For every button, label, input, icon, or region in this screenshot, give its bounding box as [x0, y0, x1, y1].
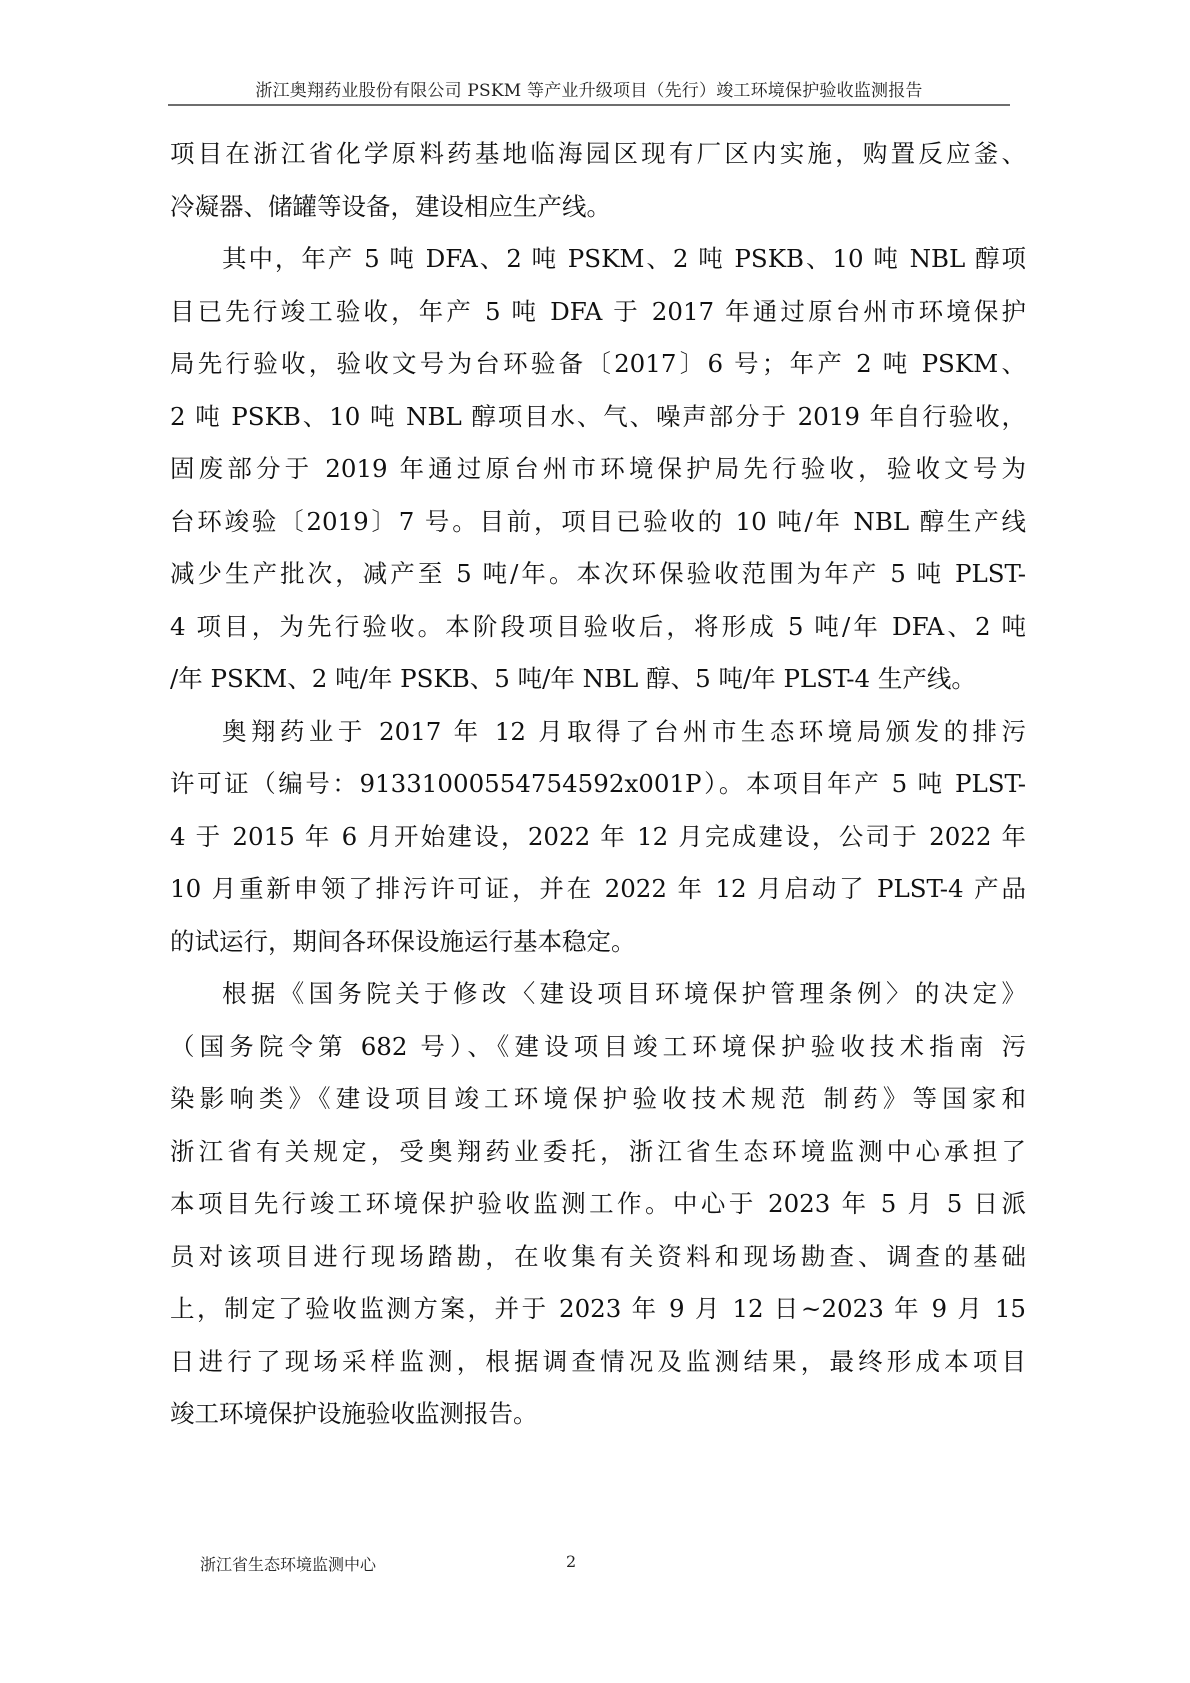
text-line: 冷凝器、储罐等设备，建设相应生产线。	[170, 181, 1026, 234]
paragraph: 其中，年产 5 吨 DFA、2 吨 PSKM、2 吨 PSKB、10 吨 NBL…	[170, 233, 1026, 706]
text-line: 许可证（编号：91331000554754592x001P）。本项目年产 5 吨…	[170, 758, 1026, 811]
text-line: 日进行了现场采样监测，根据调查情况及监测结果，最终形成本项目	[170, 1336, 1026, 1389]
text-line: 10 月重新申领了排污许可证，并在 2022 年 12 月启动了 PLST-4 …	[170, 863, 1026, 916]
text-line: 员对该项目进行现场踏勘，在收集有关资料和现场勘查、调查的基础	[170, 1231, 1026, 1284]
paragraph: 奥翔药业于 2017 年 12 月取得了台州市生态环境局颁发的排污 许可证（编号…	[170, 706, 1026, 969]
text-line: 4 于 2015 年 6 月开始建设，2022 年 12 月完成建设，公司于 2…	[170, 811, 1026, 864]
page-header-title: 浙江奥翔药业股份有限公司 PSKM 等产业升级项目（先行）竣工环境保护验收监测报…	[168, 80, 1010, 102]
paragraph: 项目在浙江省化学原料药基地临海园区现有厂区内实施，购置反应釜、 冷凝器、储罐等设…	[170, 128, 1026, 233]
text-line: /年 PSKM、2 吨/年 PSKB、5 吨/年 NBL 醇、5 吨/年 PLS…	[170, 653, 1026, 706]
text-line: 目已先行竣工验收，年产 5 吨 DFA 于 2017 年通过原台州市环境保护	[170, 286, 1026, 339]
text-line: 项目在浙江省化学原料药基地临海园区现有厂区内实施，购置反应釜、	[170, 128, 1026, 181]
header-divider	[168, 104, 1010, 106]
text-line: 局先行验收，验收文号为台环验备〔2017〕6 号；年产 2 吨 PSKM、	[170, 338, 1026, 391]
text-line: 奥翔药业于 2017 年 12 月取得了台州市生态环境局颁发的排污	[170, 706, 1026, 759]
text-line: 上，制定了验收监测方案，并于 2023 年 9 月 12 日~2023 年 9 …	[170, 1283, 1026, 1336]
paragraph: 根据《国务院关于修改〈建设项目环境保护管理条例〉的决定》 （国务院令第 682 …	[170, 968, 1026, 1441]
text-line: 的试运行，期间各环保设施运行基本稳定。	[170, 916, 1026, 969]
text-line: 竣工环境保护设施验收监测报告。	[170, 1388, 1026, 1441]
footer-organization: 浙江省生态环境监测中心	[200, 1552, 376, 1575]
text-line: 固废部分于 2019 年通过原台州市环境保护局先行验收，验收文号为	[170, 443, 1026, 496]
text-line: 其中，年产 5 吨 DFA、2 吨 PSKM、2 吨 PSKB、10 吨 NBL…	[170, 233, 1026, 286]
text-line: 本项目先行竣工环境保护验收监测工作。中心于 2023 年 5 月 5 日派	[170, 1178, 1026, 1231]
text-line: 根据《国务院关于修改〈建设项目环境保护管理条例〉的决定》	[170, 968, 1026, 1021]
text-line: 减少生产批次，减产至 5 吨/年。本次环保验收范围为年产 5 吨 PLST-	[170, 548, 1026, 601]
text-line: 台环竣验〔2019〕7 号。目前，项目已验收的 10 吨/年 NBL 醇生产线	[170, 496, 1026, 549]
text-line: 浙江省有关规定，受奥翔药业委托，浙江省生态环境监测中心承担了	[170, 1126, 1026, 1179]
document-body: 项目在浙江省化学原料药基地临海园区现有厂区内实施，购置反应釜、 冷凝器、储罐等设…	[170, 128, 1026, 1441]
text-line: 4 项目，为先行验收。本阶段项目验收后，将形成 5 吨/年 DFA、2 吨	[170, 601, 1026, 654]
text-line: 2 吨 PSKB、10 吨 NBL 醇项目水、气、噪声部分于 2019 年自行验…	[170, 391, 1026, 444]
text-line: 染影响类》《建设项目竣工环境保护验收技术规范 制药》等国家和	[170, 1073, 1026, 1126]
page-number: 2	[566, 1552, 576, 1571]
text-line: （国务院令第 682 号）、《建设项目竣工环境保护验收技术指南 污	[170, 1021, 1026, 1074]
